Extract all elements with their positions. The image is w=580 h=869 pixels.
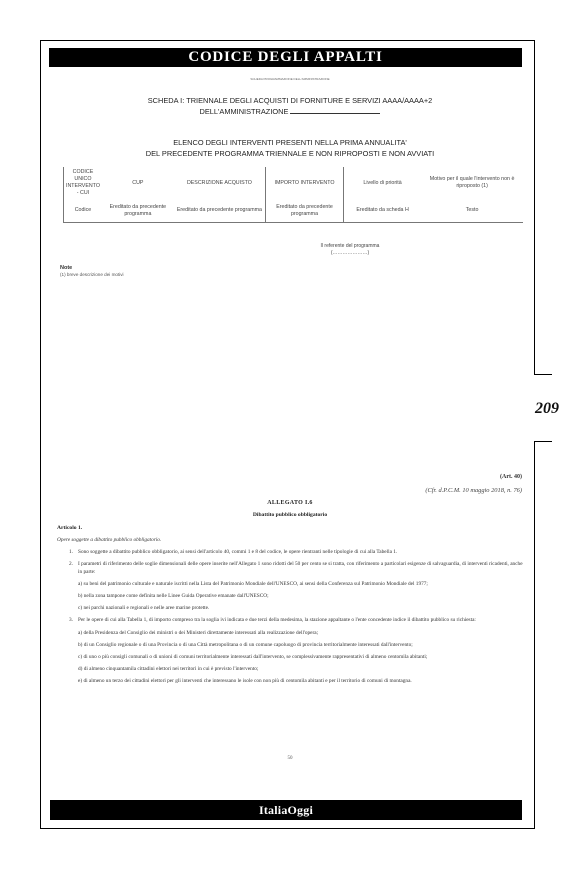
referente-placeholder: (…………………): [290, 250, 410, 257]
table-cell: Ereditato da precedente programma: [102, 199, 174, 223]
table-header-cell: Livello di priorità: [343, 167, 421, 199]
table-row: Codice Ereditato da precedente programma…: [64, 199, 524, 223]
scheda-table: CODICE UNICO INTERVENTO - CUI CUP DESCRI…: [63, 167, 523, 223]
list-item: c) di uno o più consigli comunali o di u…: [57, 654, 527, 661]
paragraph-text: I parametri di riferimento delle soglie …: [78, 561, 527, 575]
table-header-cell: CUP: [102, 167, 174, 199]
table-header-row: CODICE UNICO INTERVENTO - CUI CUP DESCRI…: [64, 167, 524, 199]
scheda-line2: DELL'AMMINISTRAZIONE: [200, 107, 289, 116]
allegato-body: Opere soggette a dibattito pubblico obbl…: [57, 537, 527, 691]
elenco-line1: ELENCO DEGLI INTERVENTI PRESENTI NELLA P…: [0, 137, 580, 148]
articolo-heading: Articolo 1.: [57, 525, 82, 531]
article-reference: (Art. 40): [500, 474, 522, 480]
list-item: b) nella zona tampone come definita nell…: [57, 593, 527, 600]
table-header-cell: DESCRIZIONE ACQUISTO: [174, 167, 266, 199]
list-item: c) nei parchi nazionali e regionali e ne…: [57, 605, 527, 612]
referente-label: Il referente del programma: [290, 243, 410, 250]
paragraph-2: 2.I parametri di riferimento delle sogli…: [57, 561, 527, 575]
frame-top: [40, 40, 535, 41]
allegato-title: ALLEGATO I.6: [0, 500, 580, 506]
articolo-rubrica: Opere soggette a dibattito pubblico obbl…: [57, 537, 527, 544]
paragraph-number: 2.: [57, 561, 78, 575]
list-item: b) di un Consiglio regionale o di una Pr…: [57, 642, 527, 649]
frame-bottom: [40, 828, 535, 829]
table-header-cell: IMPORTO INTERVENTO: [266, 167, 344, 199]
cfr-reference: (Cfr. d.P.C.M. 10 maggio 2018, n. 76): [425, 487, 522, 494]
allegato-subtitle: Dibattito pubblico obbligatorio: [0, 512, 580, 518]
paragraph-text: Per le opere di cui alla Tabella 1, di i…: [78, 617, 476, 624]
note-title: Note: [60, 265, 72, 271]
table-cell: Ereditato da scheda H: [343, 199, 421, 223]
table-header-cell: CODICE UNICO INTERVENTO - CUI: [64, 167, 102, 199]
inner-page-number: 50: [0, 756, 580, 761]
table-header-cell: Motivo per il quale l'intervento non è r…: [421, 167, 523, 199]
paragraph-text: Sono soggette a dibattito pubblico obbli…: [78, 549, 397, 556]
scheda-tiny-caption: SCHEDA PROGRAMMAZIONE DELL'AMMINISTRAZIO…: [0, 77, 580, 81]
amministrazione-blank: [290, 106, 380, 114]
side-page-number: 209: [535, 400, 559, 418]
footer-brand-bar: ItaliaOggi: [50, 800, 522, 820]
frame-tab-lower: [534, 441, 552, 442]
list-item: a) su beni del patrimonio culturale e na…: [57, 581, 527, 588]
list-item: d) di almeno cinquantamila cittadini ele…: [57, 666, 527, 673]
scheda-title: SCHEDA I: TRIENNALE DEGLI ACQUISTI DI FO…: [0, 95, 580, 117]
table-cell: Ereditato da precedente programma: [174, 199, 266, 223]
list-item: e) di almeno un terzo dei cittadini elet…: [57, 678, 527, 685]
elenco-title: ELENCO DEGLI INTERVENTI PRESENTI NELLA P…: [0, 137, 580, 159]
paragraph-number: 3.: [57, 617, 78, 624]
paragraph-1: 1.Sono soggette a dibattito pubblico obb…: [57, 549, 527, 556]
referente-block: Il referente del programma (…………………): [290, 243, 410, 257]
table-cell: Ereditato da precedente programma: [266, 199, 344, 223]
note-item: (1) breve descrizione dei motivi: [60, 272, 124, 277]
paragraph-3: 3.Per le opere di cui alla Tabella 1, di…: [57, 617, 527, 624]
elenco-line2: DEL PRECEDENTE PROGRAMMA TRIENNALE E NON…: [0, 148, 580, 159]
table-cell: Codice: [64, 199, 102, 223]
frame-right-upper: [534, 40, 535, 375]
frame-tab-upper: [534, 374, 552, 375]
scheda-line1: SCHEDA I: TRIENNALE DEGLI ACQUISTI DI FO…: [0, 95, 580, 106]
list-item: a) della Presidenza del Consiglio dei mi…: [57, 630, 527, 637]
table-cell: Testo: [421, 199, 523, 223]
paragraph-number: 1.: [57, 549, 78, 556]
header-title-bar: CODICE DEGLI APPALTI: [49, 48, 522, 67]
scheda-line2-wrap: DELL'AMMINISTRAZIONE: [0, 106, 580, 117]
